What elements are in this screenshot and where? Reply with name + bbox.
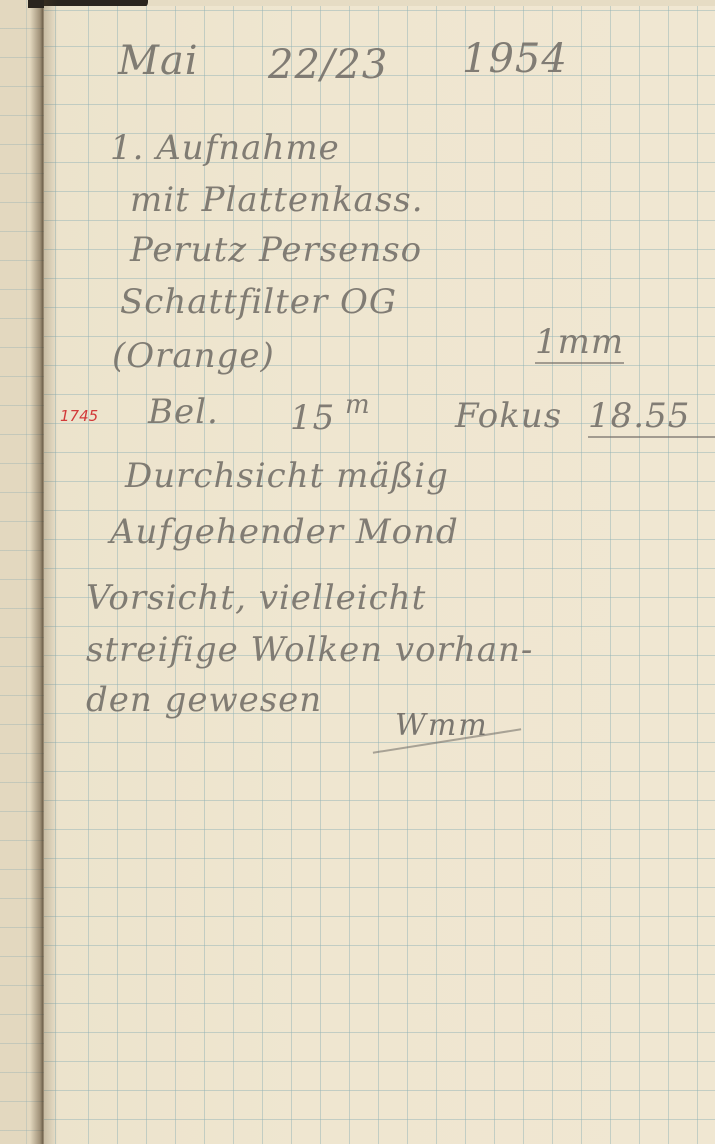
margin-annotation: 1745	[60, 407, 98, 425]
side-note-1mm: 1mm	[535, 322, 624, 364]
date-month: Mai	[118, 38, 199, 84]
focus-value: 18.55	[588, 396, 715, 438]
line-plattenkass: mit Plattenkass.	[130, 180, 424, 220]
line-orange: (Orange)	[112, 336, 275, 376]
line-wolken: streifige Wolken vorhan-	[86, 630, 533, 670]
exposure-unit: m	[345, 390, 371, 420]
notebook-left-page-edge	[0, 0, 44, 1144]
line-filter: Schattfilter OG	[120, 282, 397, 322]
exposure-value: 15	[290, 398, 335, 438]
date-year: 1954	[462, 36, 568, 82]
line-mond: Aufgehender Mond	[110, 512, 459, 552]
line-aufnahme: 1. Aufnahme	[110, 128, 340, 168]
notebook-page	[44, 6, 715, 1144]
page-gutter-shadow	[44, 0, 58, 1144]
line-gewesen: den gewesen	[86, 680, 322, 720]
focus-label: Fokus	[455, 396, 562, 436]
line-vorsicht: Vorsicht, vielleicht	[86, 578, 426, 618]
signature: Wmm	[395, 708, 489, 743]
line-perutz: Perutz Persenso	[130, 230, 422, 270]
line-durchsicht: Durchsicht mäßig	[125, 456, 449, 496]
date-days: 22/23	[268, 42, 388, 88]
exposure-label: Bel.	[148, 392, 219, 432]
